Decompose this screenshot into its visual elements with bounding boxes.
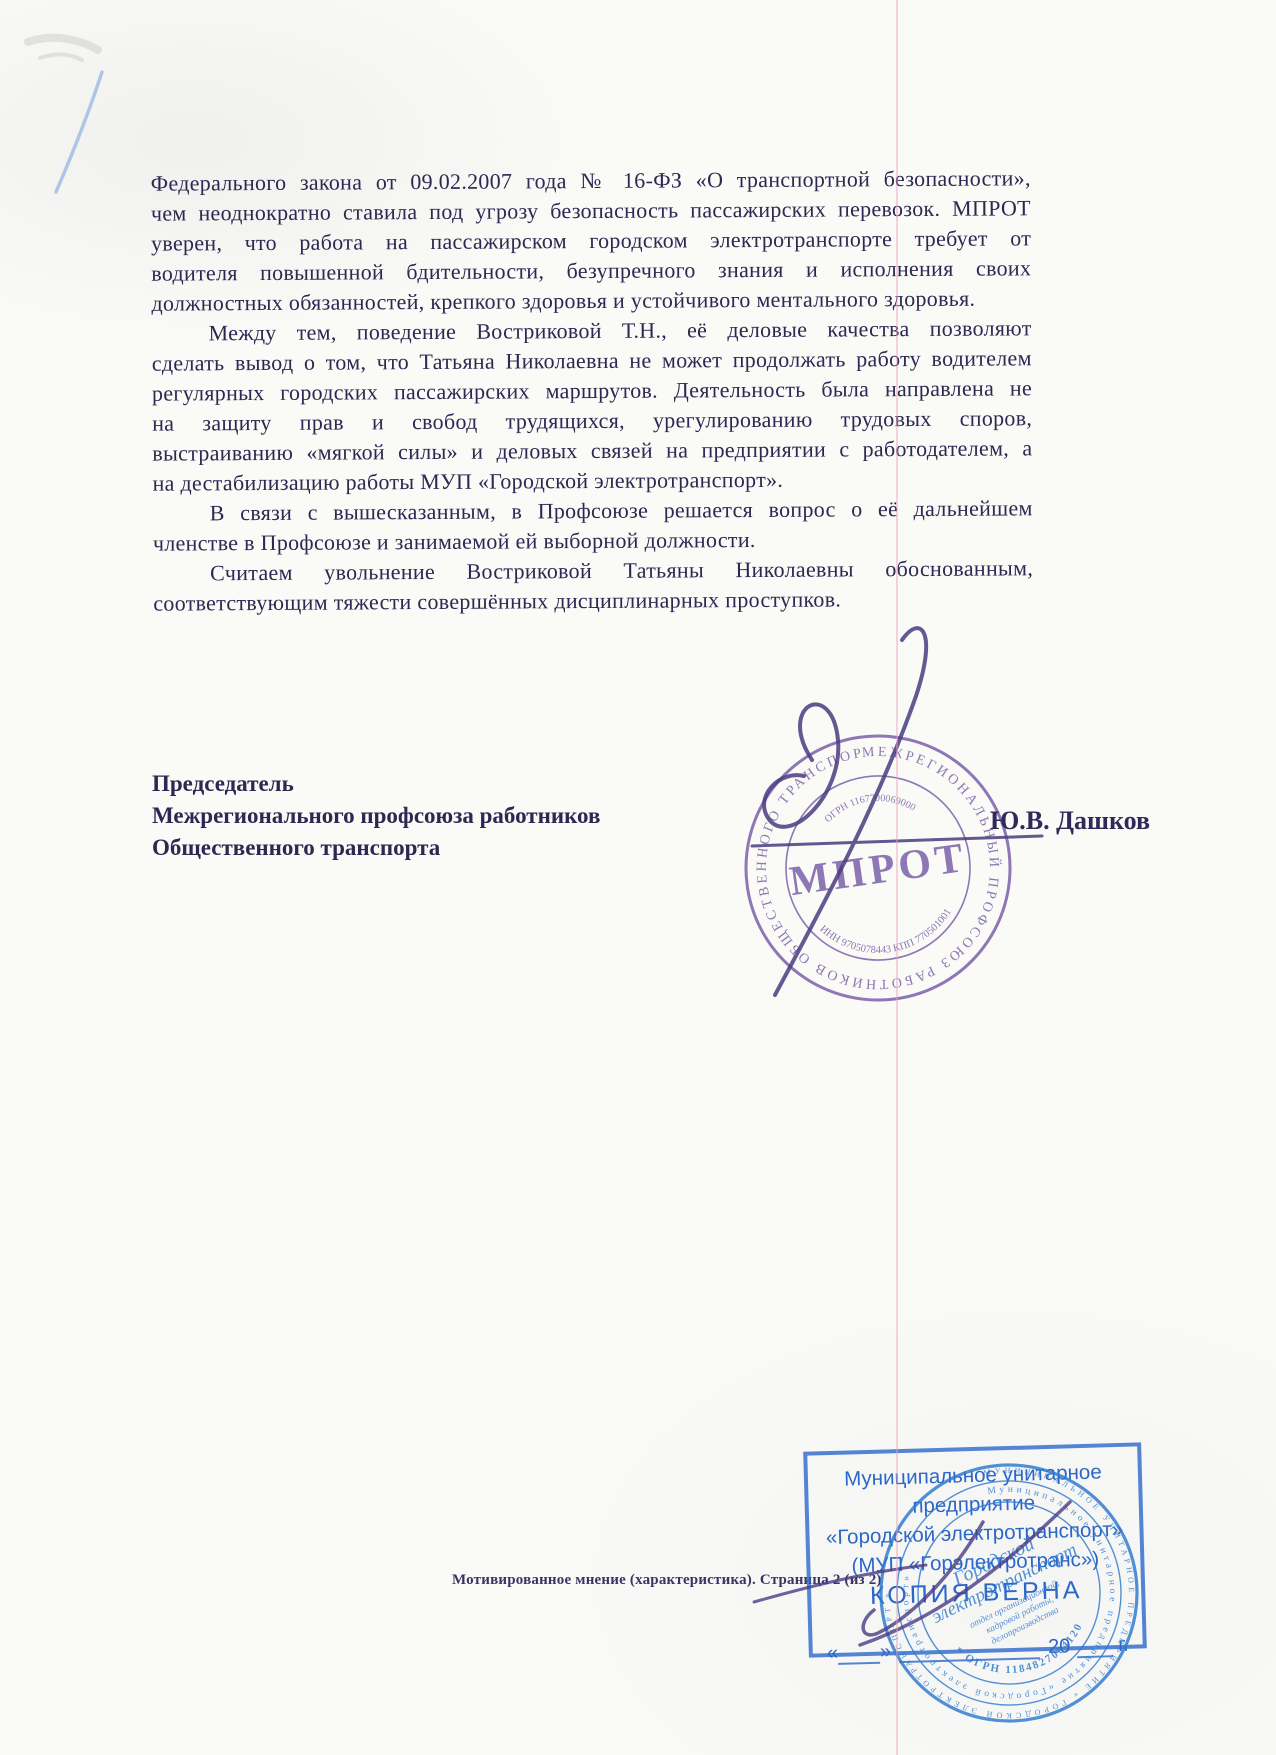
signature-title-block: Председатель Межрегионального профсоюза …: [152, 768, 600, 864]
signer-name: Ю.В. Дашков: [990, 806, 1150, 836]
document-body: Федерального закона от 09.02.2007 года №…: [151, 163, 1034, 618]
pencil-smudge: [28, 38, 98, 50]
signature-stroke: [775, 628, 926, 995]
signer-title-line: Общественного транспорта: [152, 832, 600, 864]
body-line-14: Считаем увольнение Востриковой Татьяны Н…: [153, 553, 1033, 588]
fold-crease-line: [896, 0, 898, 1755]
pencil-smudge: [40, 54, 82, 60]
scanned-document-page: Федерального закона от 09.02.2007 года №…: [0, 0, 1276, 1755]
scan-artifacts: [10, 20, 150, 210]
signature-stroke: [754, 1565, 926, 1602]
signature-stroke: [764, 704, 838, 826]
signer-title-line: Председатель: [152, 768, 600, 800]
signer-title-line: Межрегионального профсоюза работников: [152, 800, 600, 832]
body-line-10: выстраиванию «мягкой силы» и деловых свя…: [152, 433, 1032, 468]
pen-stroke-artifact: [56, 72, 102, 192]
body-line-12: В связи с вышесказанным, в Профсоюзе реш…: [153, 493, 1033, 528]
pen-stroke-footer: [740, 1555, 940, 1615]
